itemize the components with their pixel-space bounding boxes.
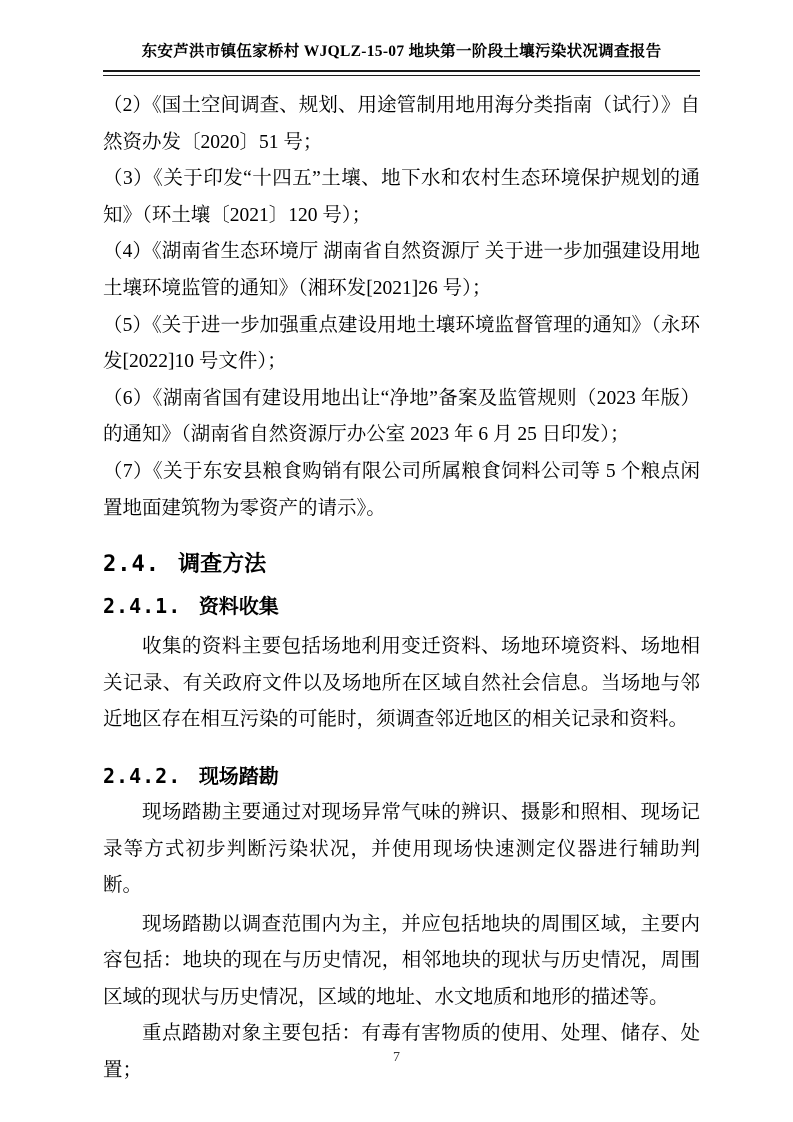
- reference-item-2: （2）《国土空间调查、规划、用途管制用地用海分类指南（试行）》自然资办发〔202…: [103, 88, 700, 161]
- paragraph-site-visit-1: 现场踏勘主要通过对现场异常气味的辨识、摄影和照相、现场记录等方式初步判断污染状况…: [103, 795, 700, 905]
- reference-item-4: （4）《湖南省生态环境厅 湖南省自然资源厅 关于进一步加强建设用地土壤环境监管的…: [103, 234, 700, 307]
- reference-item-7: （7）《关于东安县粮食购销有限公司所属粮食饲料公司等 5 个粮点闲置地面建筑物为…: [103, 454, 700, 527]
- header-title: 东安芦洪市镇伍家桥村 WJQLZ-15-07 地块第一阶段土壤污染状况调查报告: [103, 42, 700, 62]
- reference-item-5: （5）《关于进一步加强重点建设用地土壤环境监督管理的通知》（永环发[2022]1…: [103, 308, 700, 381]
- page-footer: 7: [0, 1048, 793, 1068]
- document-page: 东安芦洪市镇伍家桥村 WJQLZ-15-07 地块第一阶段土壤污染状况调查报告 …: [0, 0, 793, 1122]
- section-title: 现场踏勘: [199, 766, 279, 788]
- section-title: 资料收集: [199, 596, 279, 618]
- reference-item-6: （6）《湖南省国有建设用地出让“净地”备案及监管规则（2023 年版）的通知》（…: [103, 381, 700, 454]
- section-heading-2-4-1: 2.4.1. 资料收集: [103, 592, 700, 621]
- section-heading-2-4-2: 2.4.2. 现场踏勘: [103, 762, 700, 791]
- section-number: 2.4.1.: [103, 594, 181, 618]
- paragraph-site-visit-2: 现场踏勘以调查范围内为主，并应包括地块的周围区域，主要内容包括：地块的现在与历史…: [103, 907, 700, 1017]
- paragraph-data-collection: 收集的资料主要包括场地利用变迁资料、场地环境资料、场地相关记录、有关政府文件以及…: [103, 629, 700, 739]
- document-body: （2）《国土空间调查、规划、用途管制用地用海分类指南（试行）》自然资办发〔202…: [103, 88, 700, 1090]
- section-number: 2.4.2.: [103, 764, 181, 788]
- section-number: 2.4.: [103, 552, 160, 577]
- header-double-rule: [103, 70, 700, 76]
- section-title: 调查方法: [178, 551, 266, 576]
- section-heading-2-4: 2.4. 调查方法: [103, 549, 700, 580]
- page-header: 东安芦洪市镇伍家桥村 WJQLZ-15-07 地块第一阶段土壤污染状况调查报告: [103, 42, 700, 76]
- page-number: 7: [0, 1048, 793, 1068]
- reference-item-3: （3）《关于印发“十四五”土壤、地下水和农村生态环境保护规划的通知》（环土壤〔2…: [103, 161, 700, 234]
